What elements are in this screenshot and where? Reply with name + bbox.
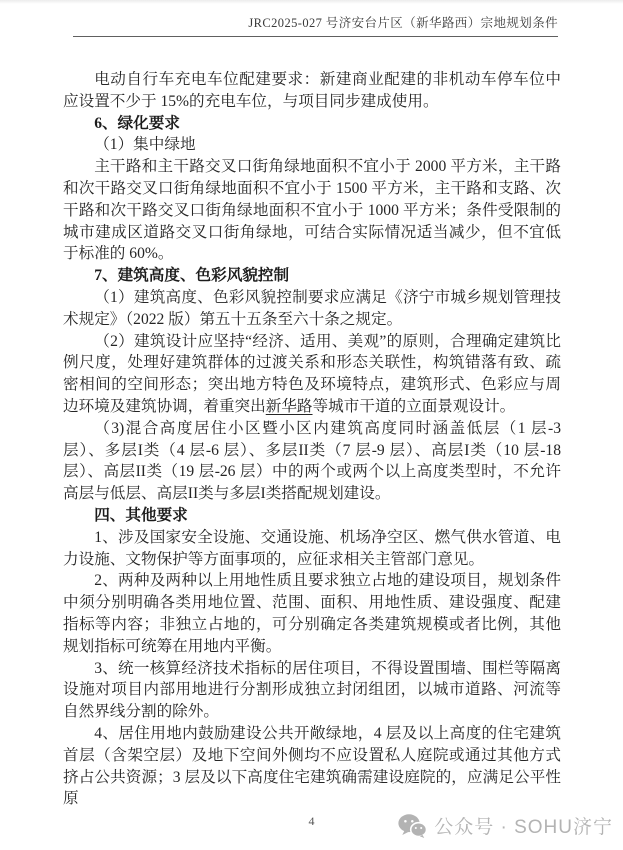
paragraph-ev-charging: 电动自行车充电车位配建要求：新建商业配建的非机动车停车位中应设置不少于 15%的… xyxy=(63,69,561,113)
paragraph-mixed-height: （3)混合高度居住小区暨小区内建筑高度同时涵盖低层（1 层-3 层）、多层I类（… xyxy=(63,418,561,505)
paragraph-other-3: 3、统一核算经济技术指标的居住项目，不得设置围墙、围栏等隔离设施对项目内部用地进… xyxy=(63,658,561,723)
paragraph-other-1: 1、涉及国家安全设施、交通设施、机场净空区、燃气供水管道、电力设施、文物保护等方… xyxy=(63,527,561,571)
paragraph-building-design: （2）建筑设计应坚持“经济、适用、美观”的原则，合理确定建筑比例尺度，处理好建筑… xyxy=(63,331,561,418)
heading-greening-requirements: 6、绿化要求 xyxy=(63,113,561,135)
watermark-text: 公众号 · SOHU济宁 xyxy=(434,812,613,839)
document-page: JRC2025-027 号济安台片区（新华路西）宗地规划条件 电动自行车充电车位… xyxy=(0,0,623,850)
page-header: JRC2025-027 号济安台片区（新华路西）宗地规划条件 xyxy=(73,13,558,37)
underlined-road-name: 新华路 xyxy=(266,398,313,415)
paragraph-building-design-tail: 等城市干道的立面景观设计。 xyxy=(313,398,516,415)
paragraph-height-rule: （1）建筑高度、色彩风貌控制要求应满足《济宁市城乡规划管理技术规定》（2022 … xyxy=(63,287,561,331)
watermark: 公众号 · SOHU济宁 xyxy=(398,812,613,839)
paragraph-corner-green: 主干路和主干路交叉口街角绿地面积不宜小于 2000 平方米，主干路和次干路交叉口… xyxy=(63,156,561,265)
paragraph-central-green: （1）集中绿地 xyxy=(63,134,561,156)
document-body: 电动自行车充电车位配建要求：新建商业配建的非机动车停车位中应设置不少于 15%的… xyxy=(63,69,561,810)
paragraph-other-4: 4、居住用地内鼓励建设公共开敞绿地，4 层及以上高度的住宅建筑首层（含架空层）及… xyxy=(63,723,561,810)
wechat-icon xyxy=(398,814,427,838)
heading-other-requirements: 四、其他要求 xyxy=(63,505,561,527)
paragraph-other-2: 2、两种及两种以上用地性质且要求独立占地的建设项目，规划条件中须分别明确各类用地… xyxy=(63,570,561,657)
document-header-title: JRC2025-027 号济安台片区（新华路西）宗地规划条件 xyxy=(248,16,558,30)
scan-edge-shadow xyxy=(0,0,623,4)
heading-height-color-control: 7、建筑高度、色彩风貌控制 xyxy=(63,265,561,287)
